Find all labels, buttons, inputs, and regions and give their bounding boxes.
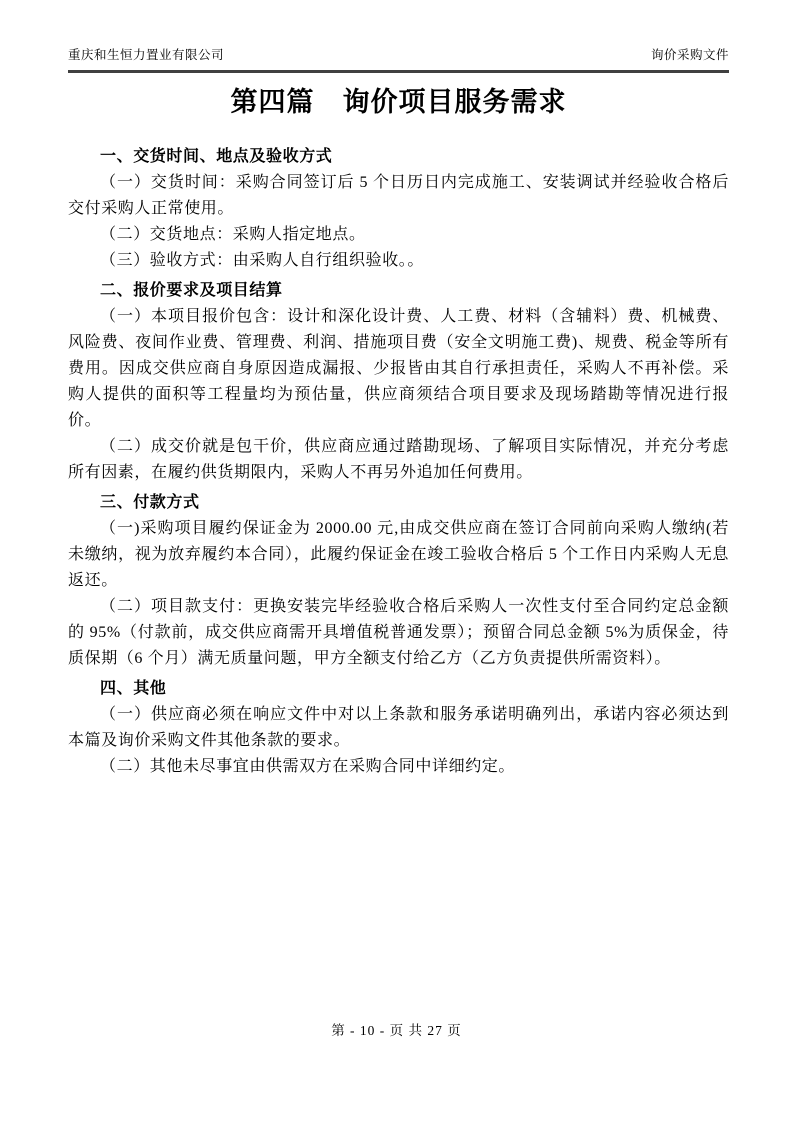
section-payment-method: 三、付款方式 （一)采购项目履约保证金为 2000.00 元,由成交供应商在签订… [68, 490, 729, 672]
document-body: 一、交货时间、地点及验收方式 （一）交货时间：采购合同签订后 5 个日历日内完成… [68, 144, 729, 780]
section-other: 四、其他 （一）供应商必须在响应文件中对以上条款和服务承诺明确列出，承诺内容必须… [68, 676, 729, 780]
paragraph: （一）供应商必须在响应文件中对以上条款和服务承诺明确列出，承诺内容必须达到本篇及… [68, 702, 729, 754]
page-number: 第 - 10 - 页 共 27 页 [331, 1023, 462, 1038]
document-page: 重庆和生恒力置业有限公司 询价采购文件 第四篇 询价项目服务需求 一、交货时间、… [0, 0, 793, 1122]
section-quotation-settlement: 二、报价要求及项目结算 （一）本项目报价包含：设计和深化设计费、人工费、材料（含… [68, 278, 729, 486]
page-header: 重庆和生恒力置业有限公司 询价采购文件 [68, 0, 729, 73]
page-title: 第四篇 询价项目服务需求 [68, 87, 729, 117]
section-heading: 四、其他 [68, 676, 729, 702]
paragraph: （二）成交价就是包干价，供应商应通过踏勘现场、了解项目实际情况，并充分考虑所有因… [68, 434, 729, 486]
section-delivery-acceptance: 一、交货时间、地点及验收方式 （一）交货时间：采购合同签订后 5 个日历日内完成… [68, 144, 729, 274]
section-heading: 三、付款方式 [68, 490, 729, 516]
paragraph: （二）交货地点：采购人指定地点。 [68, 222, 729, 248]
section-heading: 二、报价要求及项目结算 [68, 278, 729, 304]
paragraph: （三）验收方式：由采购人自行组织验收。。 [68, 248, 729, 274]
page-footer: 第 - 10 - 页 共 27 页 [0, 1022, 793, 1040]
paragraph: （二）项目款支付：更换安装完毕经验收合格后采购人一次性支付至合同约定总金额的 9… [68, 594, 729, 672]
paragraph: （一）交货时间：采购合同签订后 5 个日历日内完成施工、安装调试并经验收合格后交… [68, 170, 729, 222]
paragraph: （一）本项目报价包含：设计和深化设计费、人工费、材料（含辅料）费、机械费、风险费… [68, 304, 729, 434]
paragraph: （一)采购项目履约保证金为 2000.00 元,由成交供应商在签订合同前向采购人… [68, 516, 729, 594]
header-doc-type: 询价采购文件 [651, 47, 729, 63]
header-company-name: 重庆和生恒力置业有限公司 [68, 47, 224, 63]
section-heading: 一、交货时间、地点及验收方式 [68, 144, 729, 170]
paragraph: （二）其他未尽事宜由供需双方在采购合同中详细约定。 [68, 754, 729, 780]
